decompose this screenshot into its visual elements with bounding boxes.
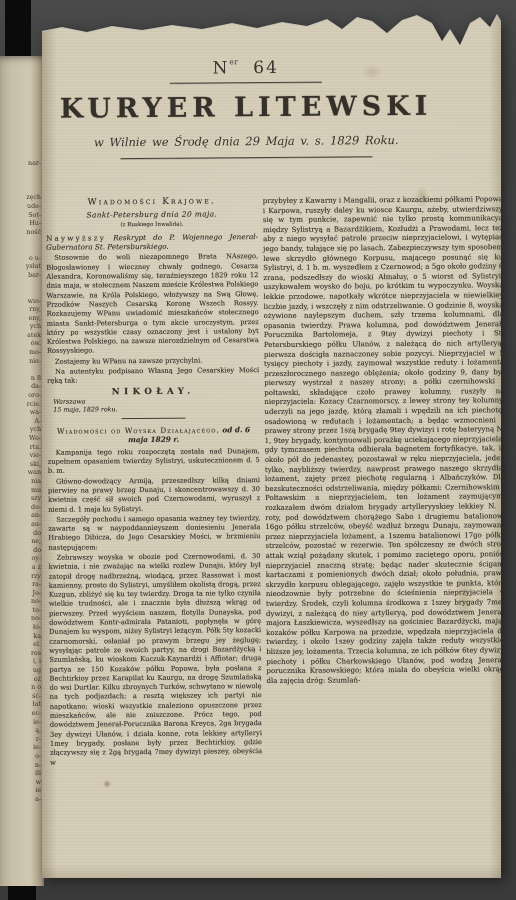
masthead-rule-top	[170, 82, 322, 84]
masthead-dateline: w Wilnie we Środę dnia 29 Maja v. s. 182…	[46, 133, 446, 150]
section-divider	[121, 418, 185, 420]
printed-area: Ner 64 KURYER LITEWSKI w Wilnie we Środę…	[39, 10, 505, 880]
army-heading-smallcaps: Wiadomości od Woyska Działającego,	[57, 426, 220, 436]
source-note: (z Ruskiego Inwalida).	[46, 220, 258, 231]
army-report-heading: Wiadomości od Woyska Działającego, od d.…	[48, 425, 260, 445]
signature-date: 15 maja, 1829 roku.	[53, 405, 259, 414]
body-paragraph: Główno-dowodzący Armiją, przeszedłszy ki…	[48, 476, 260, 515]
masthead: Ner 64 KURYER LITEWSKI w Wilnie we Środę…	[46, 56, 447, 160]
body-paragraph: Zostajemy ku WPanu na zawsze przychylni.	[47, 356, 259, 367]
newspaper-title: KURYER LITEWSKI	[46, 91, 446, 125]
section-heading-wiadomosci-krajowe: Wiadomości Krajowe.	[46, 197, 258, 208]
rescript-heading-lead: Naywyższy	[46, 233, 106, 242]
body-paragraph: Kampanija tego roku rozpoczętą została n…	[48, 447, 260, 477]
body-paragraph: przybyłey z Kawarny i Mangalii, oraz z k…	[263, 195, 507, 686]
article-dateline: Sankt-Petersburg dnia 20 maja.	[46, 209, 258, 220]
signature-place-date: Warszawa 15 maja, 1829 roku.	[53, 397, 259, 414]
rescript-heading: Naywyższy Reskrypt do P. Wojennego Jener…	[46, 232, 258, 252]
issue-superscript: er	[229, 57, 238, 66]
issue-number: Ner 64	[46, 56, 446, 80]
body-paragraph: Na autentyku podpisano Własną Jego Cesar…	[47, 366, 259, 386]
newspaper-page: Ner 64 KURYER LITEWSKI w Wilnie we Środę…	[42, 12, 501, 878]
right-column: przybyłey z Kawarny i Mangalii, oraz z k…	[263, 195, 507, 687]
body-paragraph: Szczegóły pochodu i samego opasania ważn…	[48, 514, 260, 553]
scan-background: nar-zęchude-Sot-Hu-nośćo u-ysłatbar-wio-…	[0, 0, 516, 900]
masthead-rule-bottom	[120, 156, 372, 159]
newspaper-page-wrap: Ner 64 KURYER LITEWSKI w Wilnie we Środę…	[0, 0, 516, 900]
signature-name: NIKOŁAY.	[47, 387, 259, 398]
body-paragraph: Zebrawszy woyska w obozie pod Czernowoda…	[49, 552, 263, 767]
issue-value: 64	[253, 58, 279, 78]
issue-prefix: N	[212, 58, 229, 78]
body-paragraph: Stosownie do woli niezapomnego Brata NAs…	[46, 253, 259, 357]
left-column: Wiadomości Krajowe. Sankt-Petersburg dni…	[46, 197, 262, 768]
